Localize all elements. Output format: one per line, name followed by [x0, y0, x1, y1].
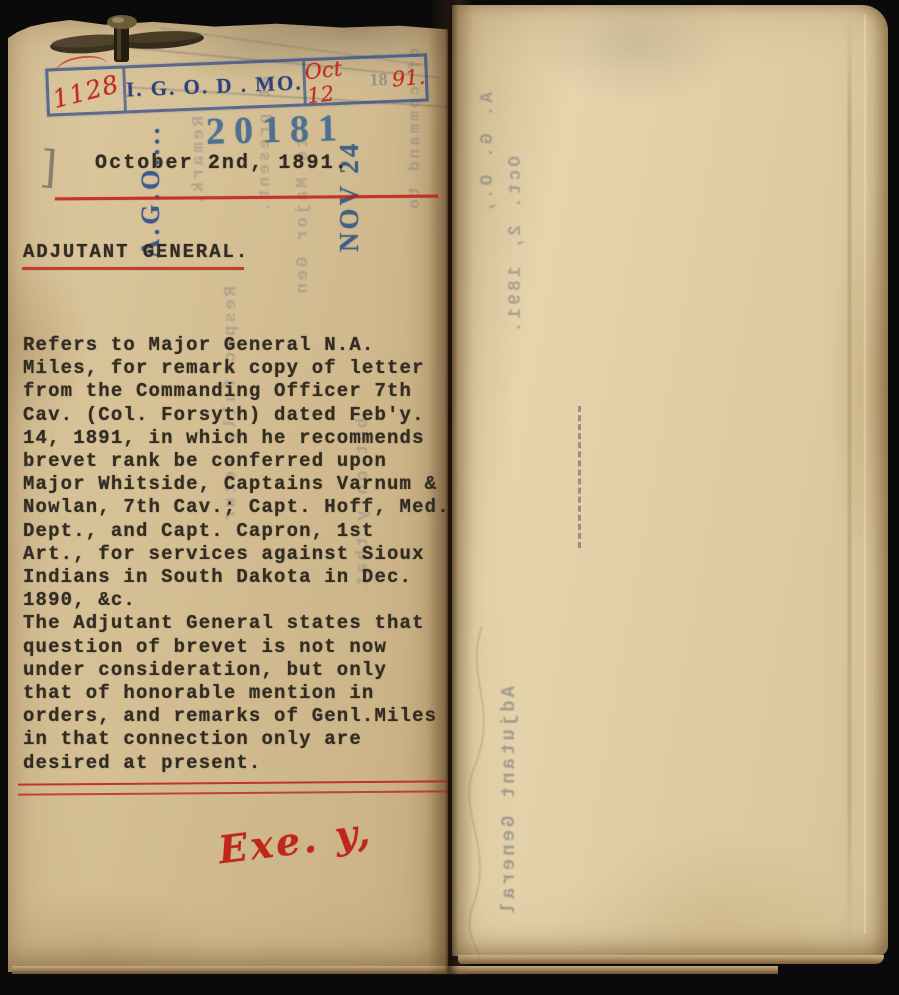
- entry-body-line: 1890, &c.: [23, 589, 443, 612]
- register-number-cell: 1128: [48, 69, 124, 114]
- register-date-handwritten: Oct 12: [303, 54, 368, 108]
- entry-body-line: Major Whitside, Captains Varnum &: [23, 473, 443, 496]
- entry-body: Refers to Major General N.A.Miles, for r…: [23, 334, 443, 775]
- entry-body-line: Miles, for remark copy of letter: [23, 357, 443, 380]
- entry-heading: ADJUTANT GENERAL.: [23, 241, 249, 263]
- register-office-stamp: I. G. O. D . MO.: [126, 70, 304, 102]
- entry-body-line: orders, and remarks of Genl.Miles: [23, 705, 443, 728]
- brass-clasp-icon: [48, 12, 204, 68]
- bleed-through-ago: A. G. O.,: [478, 92, 498, 216]
- entry-body-line: question of brevet is not now: [23, 636, 443, 659]
- bleed-through-dashed-line: [578, 406, 581, 548]
- register-date-year-handwritten: 91.: [390, 65, 425, 92]
- entry-body-line: Cav. (Col. Forsyth) dated Feb'y.: [23, 404, 443, 427]
- entry-body-line: Dept., and Capt. Capron, 1st: [23, 520, 443, 543]
- entry-body-line: from the Commanding Officer 7th: [23, 380, 443, 403]
- scanned-ledger-photo: 1128 I. G. O. D . MO. Oct 12 18 91. A.G.…: [0, 0, 899, 995]
- register-date-cell: Oct 12 18 91.: [305, 56, 426, 103]
- entry-date: October 2nd, 1891.: [95, 152, 349, 175]
- document-number-stamp: 20181: [205, 106, 346, 154]
- entry-body-line: 14, 1891, in which he recommends: [23, 427, 443, 450]
- entry-body-line: Art., for services against Sioux: [23, 543, 443, 566]
- entry-body-line: desired at present.: [23, 752, 443, 775]
- page-edge-highlight: [864, 14, 866, 934]
- page-stack-edge-right: [458, 955, 884, 964]
- entry-body-line: Refers to Major General N.A.: [23, 334, 443, 357]
- bleed-through-date: Oct. 2, 1891.: [506, 156, 526, 335]
- page-stack-edge-left: [12, 966, 778, 974]
- entry-body-line: The Adjutant General states that: [23, 612, 443, 635]
- entry-body-line: Indians in South Dakota in Dec.: [23, 566, 443, 589]
- entry-body-line: in that connection only are: [23, 728, 443, 751]
- entry-body-line: brevet rank be conferred upon: [23, 450, 443, 473]
- entry-body-line: that of honorable mention in: [23, 682, 443, 705]
- register-date-century-stamp: 18: [369, 68, 388, 90]
- red-rule-heading-underline: [22, 267, 244, 270]
- entry-body-line: under consideration, but only: [23, 659, 443, 682]
- book-spine-crease: [447, 0, 450, 972]
- register-office-cell: I. G. O. D . MO.: [122, 61, 306, 110]
- page-fold-crease: [848, 10, 851, 948]
- entry-body-line: Nowlan, 7th Cav.; Capt. Hoff, Med.: [23, 496, 443, 519]
- ago-office-stamp-vertical: A.G.O....: [136, 124, 166, 258]
- pencil-bracket-mark: ]: [38, 141, 59, 193]
